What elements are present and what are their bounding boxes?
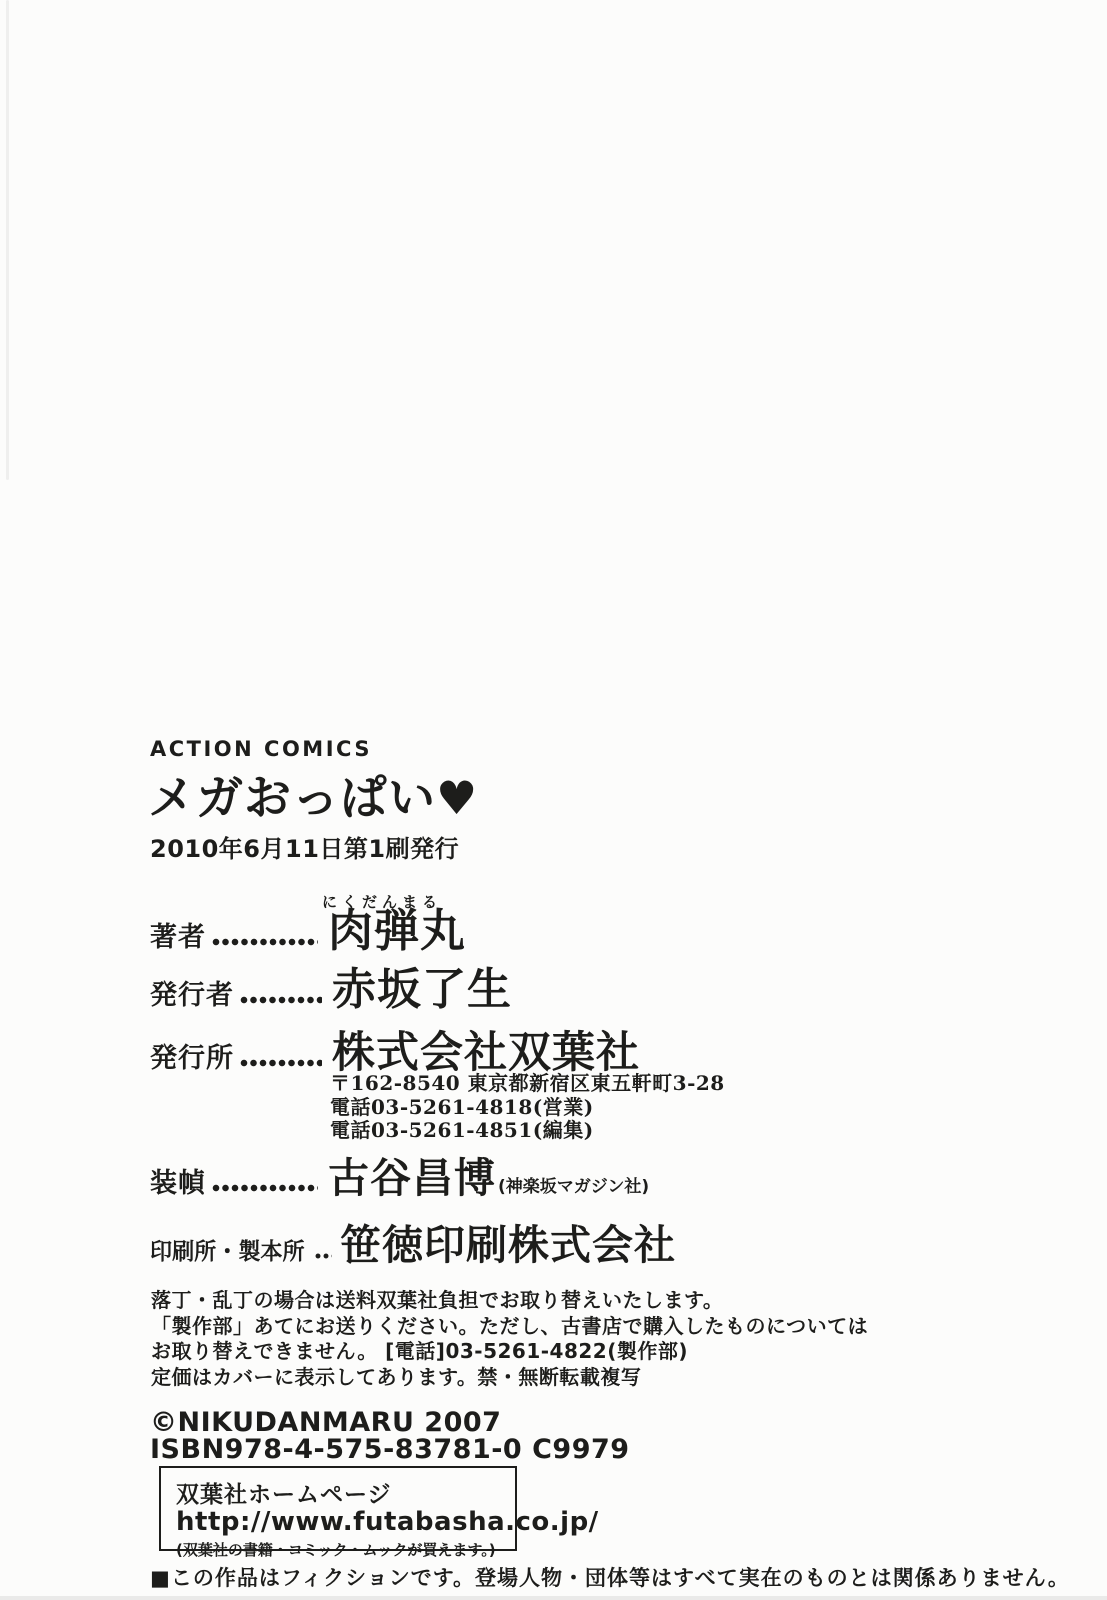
printer-name: 笹徳印刷株式会社 bbox=[340, 1224, 676, 1267]
address-phone-sales: 電話03-5261-4818(営業) bbox=[330, 1096, 725, 1120]
dot-leader bbox=[212, 938, 318, 946]
credit-row-author: 著者 肉弾丸 bbox=[150, 907, 466, 954]
homepage-note: (双葉社の書籍・コミック・ムックが買えます。) bbox=[176, 1539, 507, 1560]
credit-row-publishing-house: 発行所 株式会社双葉社 bbox=[150, 1031, 640, 1076]
dot-leader bbox=[315, 1253, 332, 1259]
credit-row-printer: 印刷所・製本所 笹徳印刷株式会社 bbox=[150, 1224, 676, 1268]
print-date: 2010年6月11日第1刷発行 bbox=[150, 829, 459, 864]
notice-line: お取り替えできません。 [電話]03-5261-4822(製作部) bbox=[151, 1339, 868, 1365]
series-label: ACTION COMICS bbox=[150, 737, 372, 761]
book-title-text: メガおっぱい bbox=[148, 771, 436, 826]
notice-line: 定価はカバーに表示してあります。禁・無断転載複写 bbox=[151, 1365, 868, 1391]
publishing-house-name: 株式会社双葉社 bbox=[332, 1031, 640, 1076]
book-design-company: (神楽坂マガジン社) bbox=[498, 1172, 649, 1197]
publisher-person-label: 発行者 bbox=[150, 973, 234, 1012]
author-label: 著者 bbox=[150, 915, 206, 954]
dot-leader bbox=[212, 1184, 318, 1192]
scan-artifact-bottom bbox=[0, 1596, 1107, 1600]
dot-leader bbox=[240, 1059, 322, 1067]
printer-label: 印刷所・製本所 bbox=[150, 1233, 305, 1266]
notice-line: 「製作部」あてにお送りください。ただし、古書店で購入したものについては bbox=[151, 1314, 868, 1340]
fiction-disclaimer: ■この作品はフィクションです。登場人物・団体等はすべて実在のものとは関係ありませ… bbox=[150, 1562, 1070, 1592]
isbn-line: ISBN978-4-575-83781-0 C9979 bbox=[150, 1434, 630, 1465]
homepage-box: 双葉社ホームページ http://www.futabasha.co.jp/ (双… bbox=[159, 1466, 517, 1551]
notice-line: 落丁・乱丁の場合は送料双葉社負担でお取り替えいたします。 bbox=[151, 1288, 868, 1314]
publisher-address: 〒162-8540 東京都新宿区東五軒町3-28 電話03-5261-4818(… bbox=[330, 1072, 725, 1143]
colophon-page: ACTION COMICS メガおっぱい♥ 2010年6月11日第1刷発行 にく… bbox=[0, 0, 1107, 1600]
publisher-person-name: 赤坂了生 bbox=[332, 967, 512, 1013]
publishing-house-label: 発行所 bbox=[150, 1036, 234, 1075]
book-design-label: 装幀 bbox=[150, 1161, 206, 1200]
homepage-url: http://www.futabasha.co.jp/ bbox=[176, 1509, 507, 1536]
scan-artifact-left bbox=[6, 0, 9, 480]
book-designer-name: 古谷昌博 bbox=[328, 1157, 496, 1200]
credit-row-publisher-person: 発行者 赤坂了生 bbox=[150, 967, 512, 1013]
dot-leader bbox=[240, 996, 322, 1004]
heart-icon: ♥ bbox=[436, 771, 478, 825]
address-phone-editorial: 電話03-5261-4851(編集) bbox=[330, 1119, 725, 1143]
author-name: 肉弾丸 bbox=[328, 907, 466, 954]
homepage-box-title: 双葉社ホームページ bbox=[176, 1476, 507, 1509]
book-title: メガおっぱい♥ bbox=[148, 773, 478, 825]
credit-row-book-design: 装幀 古谷昌博 (神楽坂マガジン社) bbox=[150, 1157, 649, 1200]
replacement-notice: 落丁・乱丁の場合は送料双葉社負担でお取り替えいたします。 「製作部」あてにお送り… bbox=[151, 1288, 868, 1390]
address-postal-line: 〒162-8540 東京都新宿区東五軒町3-28 bbox=[330, 1072, 725, 1096]
